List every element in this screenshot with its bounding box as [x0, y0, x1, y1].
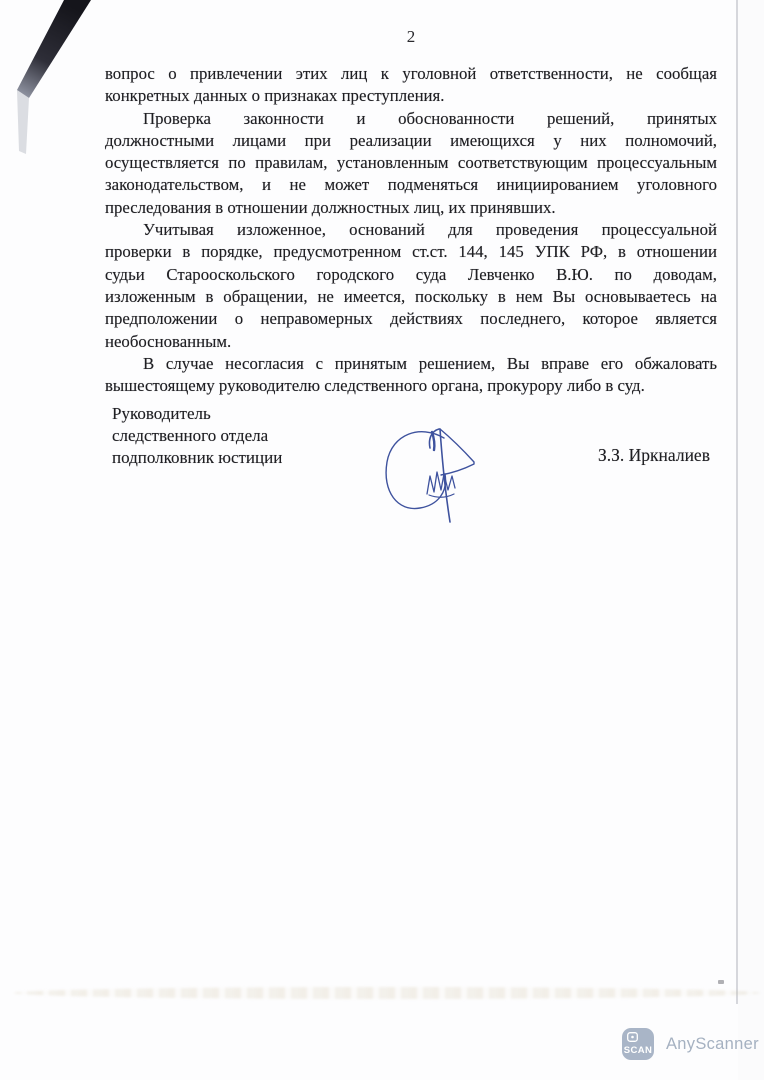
scan-edge-gutter [738, 0, 764, 1080]
signatory-name: З.З. Иркналиев [598, 445, 710, 466]
text-line: осуществляется по правилам, установленны… [105, 152, 717, 174]
text-line: изложенным в обращении, не имеется, поск… [105, 286, 717, 308]
text-line: проверки в порядке, предусмотренном ст.с… [105, 241, 717, 263]
text-line: конкретных данных о признаках преступлен… [105, 85, 717, 107]
anyscanner-badge: SCAN [622, 1028, 654, 1060]
text-line: законодательством, и не может подменятьс… [105, 174, 717, 196]
scan-corner-artifact [0, 0, 110, 170]
signatory-title-line1: Руководитель [112, 403, 268, 425]
text-line: Учитывая изложенное, оснований для прове… [105, 219, 717, 241]
scan-bottom-smudge [14, 987, 760, 999]
text-line: вопрос о привлечении этих лиц к уголовно… [105, 63, 717, 85]
signatory-title-line2: следственного отдела [112, 425, 268, 447]
text-line: судьи Старооскольского городского суда Л… [105, 264, 717, 286]
text-line: Проверка законности и обоснованности реш… [105, 108, 717, 130]
signatory-rank: подполковник юстиции [112, 448, 282, 468]
scan-speck [718, 980, 724, 984]
paragraph: вопрос о привлечении этих лиц к уголовно… [105, 63, 717, 108]
camera-scan-icon [627, 1032, 638, 1042]
scan-badge-label: SCAN [624, 1045, 653, 1060]
handwritten-signature [382, 422, 494, 530]
anyscanner-label: AnyScanner [666, 1035, 759, 1054]
signatory-title: Руководитель следственного отдела [112, 403, 268, 446]
text-line: предположении о неправомерных действиях … [105, 308, 717, 330]
document-paragraphs: вопрос о привлечении этих лиц к уголовно… [105, 63, 717, 397]
paragraph: В случае несогласия с принятым решением,… [105, 353, 717, 398]
text-line: должностными лицами при реализации имеющ… [105, 130, 717, 152]
text-line: В случае несогласия с принятым решением,… [105, 353, 717, 375]
text-line: преследования в отношении должностных ли… [105, 197, 717, 219]
paragraph: Учитывая изложенное, оснований для прове… [105, 219, 717, 353]
paragraph: Проверка законности и обоснованности реш… [105, 108, 717, 219]
text-line: вышестоящему руководителю следственного … [105, 375, 717, 397]
scanned-document-page: 2 вопрос о привлечении этих лиц к уголов… [0, 0, 764, 1080]
text-line: необоснованным. [105, 331, 717, 353]
scanner-watermark: SCAN AnyScanner [622, 1028, 759, 1060]
page-number: 2 [105, 27, 717, 47]
scan-page-edge-line [736, 0, 738, 1004]
